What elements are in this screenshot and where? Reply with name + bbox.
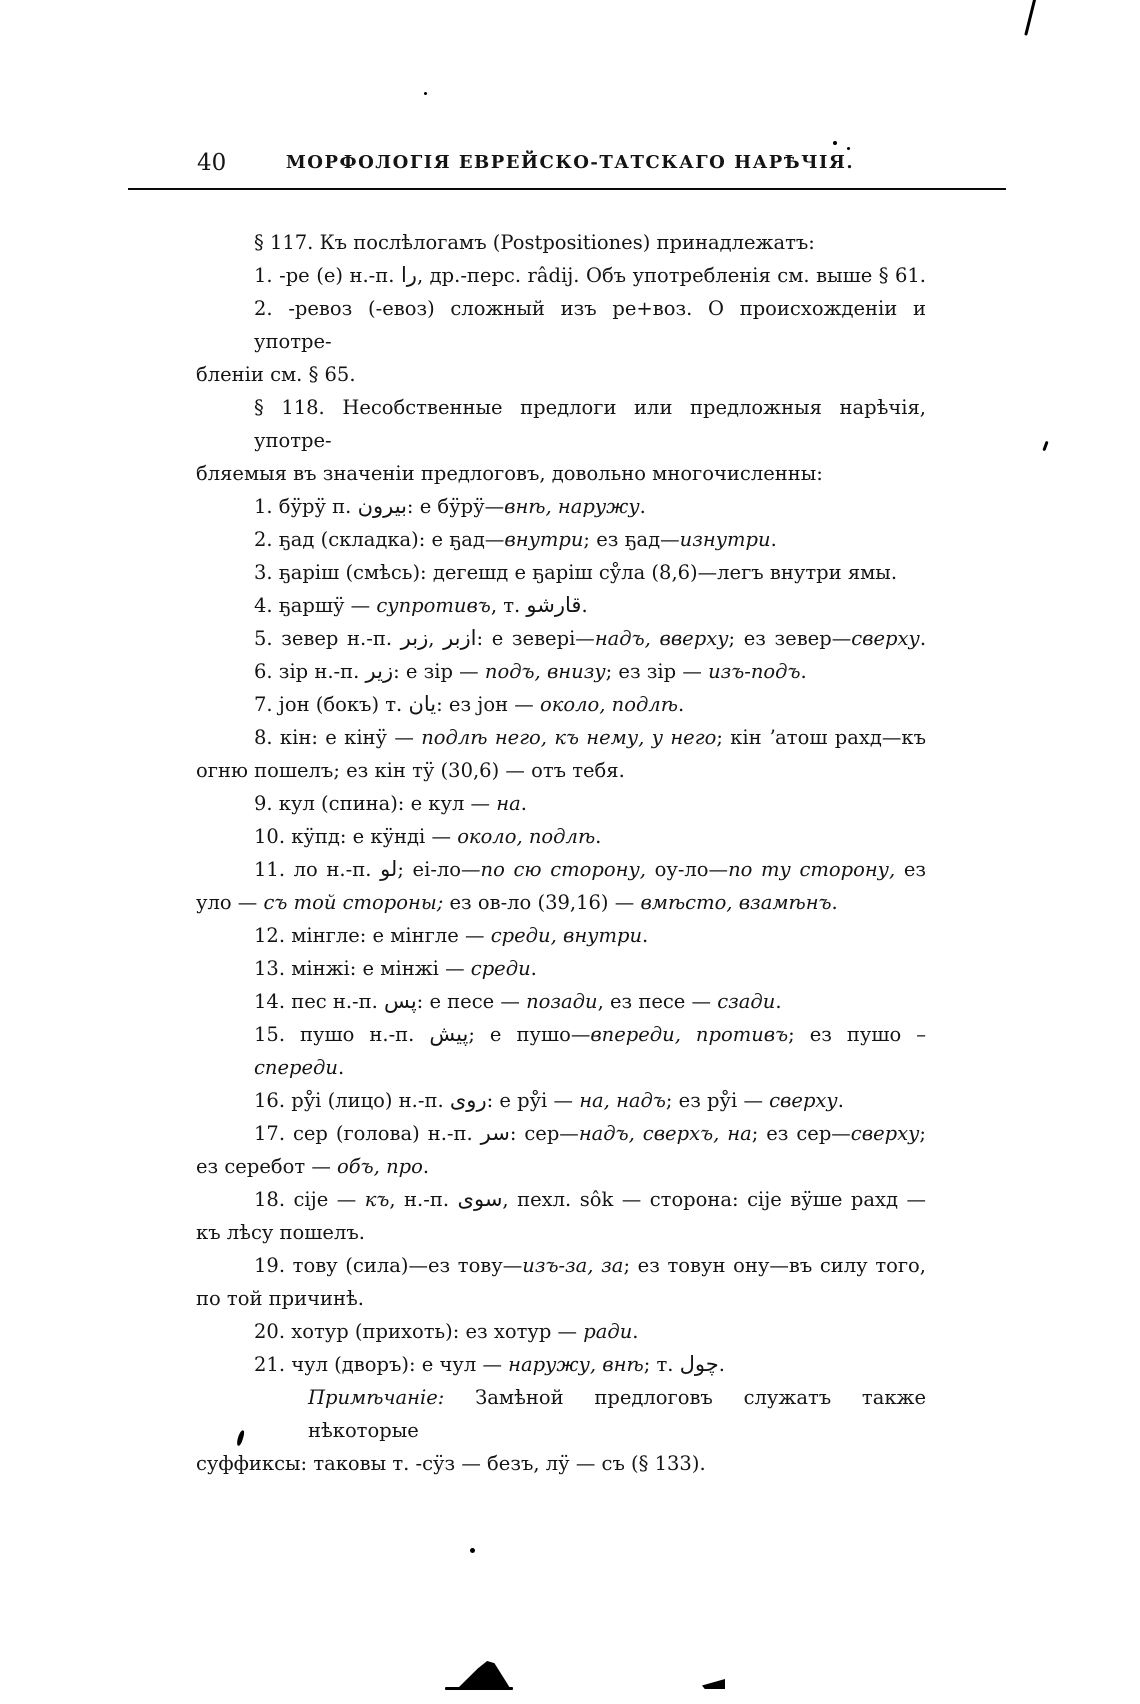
italic-gloss: около, подлѣ — [457, 825, 595, 848]
italic-gloss: объ, про — [337, 1155, 423, 1178]
item-10: 10. кӱпд: е кӱнді — около, подлѣ. — [196, 820, 926, 853]
item-14: 14. пес н.-п. پس: е песе — позади, ез пе… — [196, 985, 926, 1018]
item-21: 21. чул (дворъ): е чул — наружу, внѣ; т.… — [196, 1348, 926, 1381]
running-title: МОРФОЛОГІЯ ЕВРЕЙСКО-ТАТСКАГО НАРѢЧІЯ. — [0, 152, 1140, 173]
text-segment: 7. јон (бокъ) т. — [254, 693, 408, 716]
text-segment: . — [771, 528, 777, 551]
ink-smudge-wedge — [702, 1679, 725, 1689]
item-17-line-2: ез серебот — объ, про. — [196, 1150, 926, 1183]
sec117-item-2-line-1: 2. -ревоз (-евоз) сложный изъ ре+воз. О … — [196, 292, 926, 358]
italic-gloss: изнутри — [680, 528, 771, 551]
text-segment: . — [920, 627, 926, 650]
text-segment: по той причинѣ. — [196, 1287, 364, 1310]
item-18-line-1: 18. сіје — къ, н.-п. سوى, пехл. sôk — ст… — [196, 1183, 926, 1216]
italic-gloss: около, подлѣ — [540, 693, 678, 716]
note-line-1: Примѣчаніе: Замѣной предлоговъ служатъ т… — [196, 1381, 926, 1447]
arabic-word: پیش — [429, 1022, 468, 1046]
italic-gloss: среди, внутри — [491, 924, 642, 947]
text-block: § 117. Къ послѣлогамъ (Postpositiones) п… — [196, 226, 926, 1480]
text-segment: ; ез зевер— — [729, 627, 852, 650]
arabic-word: پس — [384, 989, 417, 1013]
italic-gloss: спереди — [254, 1056, 338, 1079]
item-12: 12. мінгле: е мінгле — среди, внутри. — [196, 919, 926, 952]
ink-mark-top-right — [1024, 0, 1037, 36]
arabic-word: چول — [680, 1352, 719, 1376]
sec117-item-2-line-2: бленіи см. § 65. — [196, 358, 926, 391]
arabic-word: قارشو — [526, 593, 581, 617]
text-segment: ; ез ру̊і — — [666, 1089, 769, 1112]
item-6: 6. зір н.-п. زير: е зір — подъ, внизу; е… — [196, 655, 926, 688]
text-segment: : е ру̊і — — [487, 1089, 580, 1112]
text-segment: 6. зір н.-п. — [254, 660, 366, 683]
item-7: 7. јон (бокъ) т. يان: ез јон — около, по… — [196, 688, 926, 721]
text-segment: ; ез сер— — [752, 1122, 851, 1145]
text-segment: 11. ло н.-п. — [254, 858, 380, 881]
text-segment: ез серебот — — [196, 1155, 337, 1178]
text-segment: 1. бӱрӱ п. — [254, 495, 358, 518]
item-17-line-1: 17. сер (голова) н.-п. سر: сер—надъ, све… — [196, 1117, 926, 1150]
ink-dot — [424, 92, 427, 95]
italic-gloss: на — [496, 792, 520, 815]
italic-gloss: изъ-за, за — [522, 1254, 623, 1277]
item-8-line-1: 8. кін: е кінӱ — подлѣ него, къ нему, у … — [196, 721, 926, 754]
text-segment: суффиксы: таковы т. -сӱз — безъ, лӱ — съ… — [196, 1452, 706, 1475]
italic-gloss: сверху — [851, 1122, 920, 1145]
italic-gloss: вмѣсто, взамѣнъ — [640, 891, 831, 914]
italic-gloss: надъ, сверхъ, на — [579, 1122, 752, 1145]
item-9: 9. кул (спина): е кул — на. — [196, 787, 926, 820]
text-segment: , н.-п. — [389, 1188, 457, 1211]
text-segment: ; ез зір — — [606, 660, 708, 683]
item-3: 3. ҕаріш (смѣсь): дегешд е ҕаріш су̊ла (… — [196, 556, 926, 589]
text-segment: : е бӱрӱ— — [407, 495, 504, 518]
ink-dot — [833, 141, 837, 145]
arabic-word: بيرون — [358, 494, 407, 518]
italic-gloss: впереди, противъ — [590, 1023, 788, 1046]
text-segment: 12. мінгле: е мінгле — — [254, 924, 491, 947]
sec-117-heading: § 117. Къ послѣлогамъ (Postpositiones) п… — [196, 226, 926, 259]
text-segment: . — [595, 825, 601, 848]
text-segment: 9. кул (спина): е кул — — [254, 792, 496, 815]
text-segment: . — [678, 693, 684, 716]
italic-gloss: по ту сторону, — [728, 858, 895, 881]
text-segment: 14. пес н.-п. — [254, 990, 384, 1013]
text-segment: § 118. Несобственные предлоги или предло… — [254, 396, 926, 452]
italic-gloss: къ — [365, 1188, 390, 1211]
item-20: 20. хотур (прихоть): ез хотур — ради. — [196, 1315, 926, 1348]
text-segment: 20. хотур (прихоть): ез хотур — — [254, 1320, 583, 1343]
ink-smudge-triangle — [458, 1661, 510, 1688]
text-segment: . — [642, 924, 648, 947]
text-segment: . — [521, 792, 527, 815]
item-18-line-2: къ лѣсу пошелъ. — [196, 1216, 926, 1249]
text-segment: бляемыя въ значеніи предлоговъ, довольно… — [196, 462, 823, 485]
text-segment: ез ов-ло (39,16) — — [443, 891, 640, 914]
item-1: 1. бӱрӱ п. بيرون: е бӱрӱ—внѣ, наружу. — [196, 490, 926, 523]
text-segment: 16. ру̊і (лицо) н.-п. — [254, 1089, 450, 1112]
text-segment: ; ез ҕад— — [583, 528, 679, 551]
text-segment: 10. кӱпд: е кӱнді — — [254, 825, 457, 848]
italic-gloss: наружу, внѣ — [508, 1353, 644, 1376]
italic-gloss: среди — [471, 957, 531, 980]
item-11-line-2: уло — съ той стороны; ез ов-ло (39,16) —… — [196, 886, 926, 919]
item-19-line-2: по той причинѣ. — [196, 1282, 926, 1315]
text-segment: : е зір — — [393, 660, 485, 683]
text-segment: . — [338, 1056, 344, 1079]
item-2: 2. ҕад (складка): е ҕад—внутри; ез ҕад—и… — [196, 523, 926, 556]
text-segment: бленіи см. § 65. — [196, 363, 356, 386]
text-segment: , т. — [491, 594, 527, 617]
text-segment: ; т. — [644, 1353, 680, 1376]
text-segment: . — [801, 660, 807, 683]
text-segment: ; кін ʼатош рахд—къ — [716, 726, 926, 749]
ink-tick — [1042, 441, 1048, 451]
text-segment: ; ез товун ону—въ силу того, — [623, 1254, 926, 1277]
ink-dot — [847, 147, 850, 150]
text-segment: ез — [895, 858, 926, 881]
italic-gloss: позади — [526, 990, 597, 1013]
arabic-word: روى — [450, 1088, 487, 1112]
arabic-word: سوى — [458, 1187, 503, 1211]
text-segment: ; е пушо— — [468, 1023, 590, 1046]
item-5: 5. зевер н.-п. زبر, ازبر: е зевері—надъ,… — [196, 622, 926, 655]
text-segment: 17. сер (голова) н.-п. — [254, 1122, 481, 1145]
italic-gloss: внутри — [504, 528, 583, 551]
text-segment: , ез песе — — [598, 990, 718, 1013]
text-segment: ; — [919, 1122, 926, 1145]
item-15: 15. пушо н.-п. پیش; е пушо—впереди, прот… — [196, 1018, 926, 1084]
text-segment: . — [640, 495, 646, 518]
italic-gloss: сверху — [769, 1089, 838, 1112]
text-segment: . — [531, 957, 537, 980]
arabic-word: ازبر — [443, 626, 476, 650]
text-segment: . — [838, 1089, 844, 1112]
text-segment: , — [428, 627, 443, 650]
text-segment: , пехл. sôk — сторона: сіје вӱше рахд — — [502, 1188, 926, 1211]
text-segment: . — [719, 1353, 725, 1376]
arabic-word: يان — [408, 692, 436, 716]
text-segment: 18. сіје — — [254, 1188, 365, 1211]
text-segment: . — [581, 594, 587, 617]
text-segment: 3. ҕаріш (смѣсь): дегешд е ҕаріш су̊ла (… — [254, 561, 897, 584]
text-segment: . — [832, 891, 838, 914]
text-segment: 5. зевер н.-п. — [254, 627, 401, 650]
sec117-item-1: 1. -ре (е) н.-п. را, др.-перс. râdij. Об… — [196, 259, 926, 292]
italic-gloss: внѣ, наружу — [504, 495, 640, 518]
item-13: 13. мінжі: е мінжі — среди. — [196, 952, 926, 985]
text-segment: : е зевері— — [477, 627, 595, 650]
italic-gloss: подъ, внизу — [485, 660, 606, 683]
text-segment: 2. -ревоз (-евоз) сложный изъ ре+воз. О … — [254, 297, 926, 353]
italic-gloss: на, надъ — [579, 1089, 666, 1112]
ink-dot — [470, 1548, 475, 1553]
sec-118-heading-line-2: бляемыя въ значеніи предлоговъ, довольно… — [196, 457, 926, 490]
text-segment: къ лѣсу пошелъ. — [196, 1221, 365, 1244]
text-segment: ; ез пушо – — [788, 1023, 926, 1046]
item-11-line-1: 11. ло н.-п. لو; еі-ло—по сю сторону, оу… — [196, 853, 926, 886]
header-rule — [128, 188, 1006, 190]
page-header: 40 МОРФОЛОГІЯ ЕВРЕЙСКО-ТАТСКАГО НАРѢЧІЯ. — [0, 148, 1140, 182]
text-segment: оу-ло— — [646, 858, 728, 881]
text-segment: 19. тову (сила)—ез тову— — [254, 1254, 522, 1277]
note-line-2: суффиксы: таковы т. -сӱз — безъ, лӱ — съ… — [196, 1447, 926, 1480]
text-segment: . — [775, 990, 781, 1013]
text-segment: 21. чул (дворъ): е чул — — [254, 1353, 508, 1376]
italic-gloss: съ той стороны; — [264, 891, 444, 914]
item-16: 16. ру̊і (лицо) н.-п. روى: е ру̊і — на, … — [196, 1084, 926, 1117]
italic-gloss: надъ, вверху — [595, 627, 729, 650]
text-segment: . — [632, 1320, 638, 1343]
text-segment: огню пошелъ; ез кін тӱ (30,6) — отъ тебя… — [196, 759, 625, 782]
italic-gloss: ради — [583, 1320, 632, 1343]
text-segment: 4. ҕаршӱ — — [254, 594, 376, 617]
italic-gloss: сверху — [851, 627, 920, 650]
italic-gloss: супротивъ — [376, 594, 490, 617]
text-segment: , др.-перс. râdij. Объ употребленія см. … — [417, 264, 926, 287]
text-segment: . — [423, 1155, 429, 1178]
arabic-word: زبر — [401, 626, 429, 650]
arabic-word: زير — [366, 659, 394, 683]
arabic-word: لو — [380, 857, 397, 881]
item-8-line-2: огню пошелъ; ез кін тӱ (30,6) — отъ тебя… — [196, 754, 926, 787]
text-segment: 15. пушо н.-п. — [254, 1023, 429, 1046]
sec-118-heading-line-1: § 118. Несобственные предлоги или предло… — [196, 391, 926, 457]
text-segment: 1. -ре (е) н.-п. — [254, 264, 401, 287]
item-4: 4. ҕаршӱ — супротивъ, т. قارشو. — [196, 589, 926, 622]
arabic-word: را — [401, 263, 417, 287]
italic-gloss: подлѣ него, къ нему, у него — [421, 726, 716, 749]
text-segment: 13. мінжі: е мінжі — — [254, 957, 471, 980]
text-segment: 8. кін: е кінӱ — — [254, 726, 421, 749]
italic-gloss: по сю сторону, — [481, 858, 646, 881]
text-segment: : сер— — [510, 1122, 579, 1145]
text-segment: ; еі-ло— — [397, 858, 480, 881]
text-segment: § 117. Къ послѣлогамъ (Postpositiones) п… — [254, 231, 815, 254]
italic-gloss: изъ-подъ — [708, 660, 800, 683]
italic-gloss: Примѣчаніе: — [308, 1386, 444, 1409]
italic-gloss: сзади — [717, 990, 775, 1013]
text-segment: : е песе — — [417, 990, 526, 1013]
text-segment: уло — — [196, 891, 264, 914]
arabic-word: سر — [481, 1121, 510, 1145]
text-segment: : ез јон — — [436, 693, 540, 716]
text-segment: 2. ҕад (складка): е ҕад— — [254, 528, 504, 551]
item-19-line-1: 19. тову (сила)—ез тову—изъ-за, за; ез т… — [196, 1249, 926, 1282]
